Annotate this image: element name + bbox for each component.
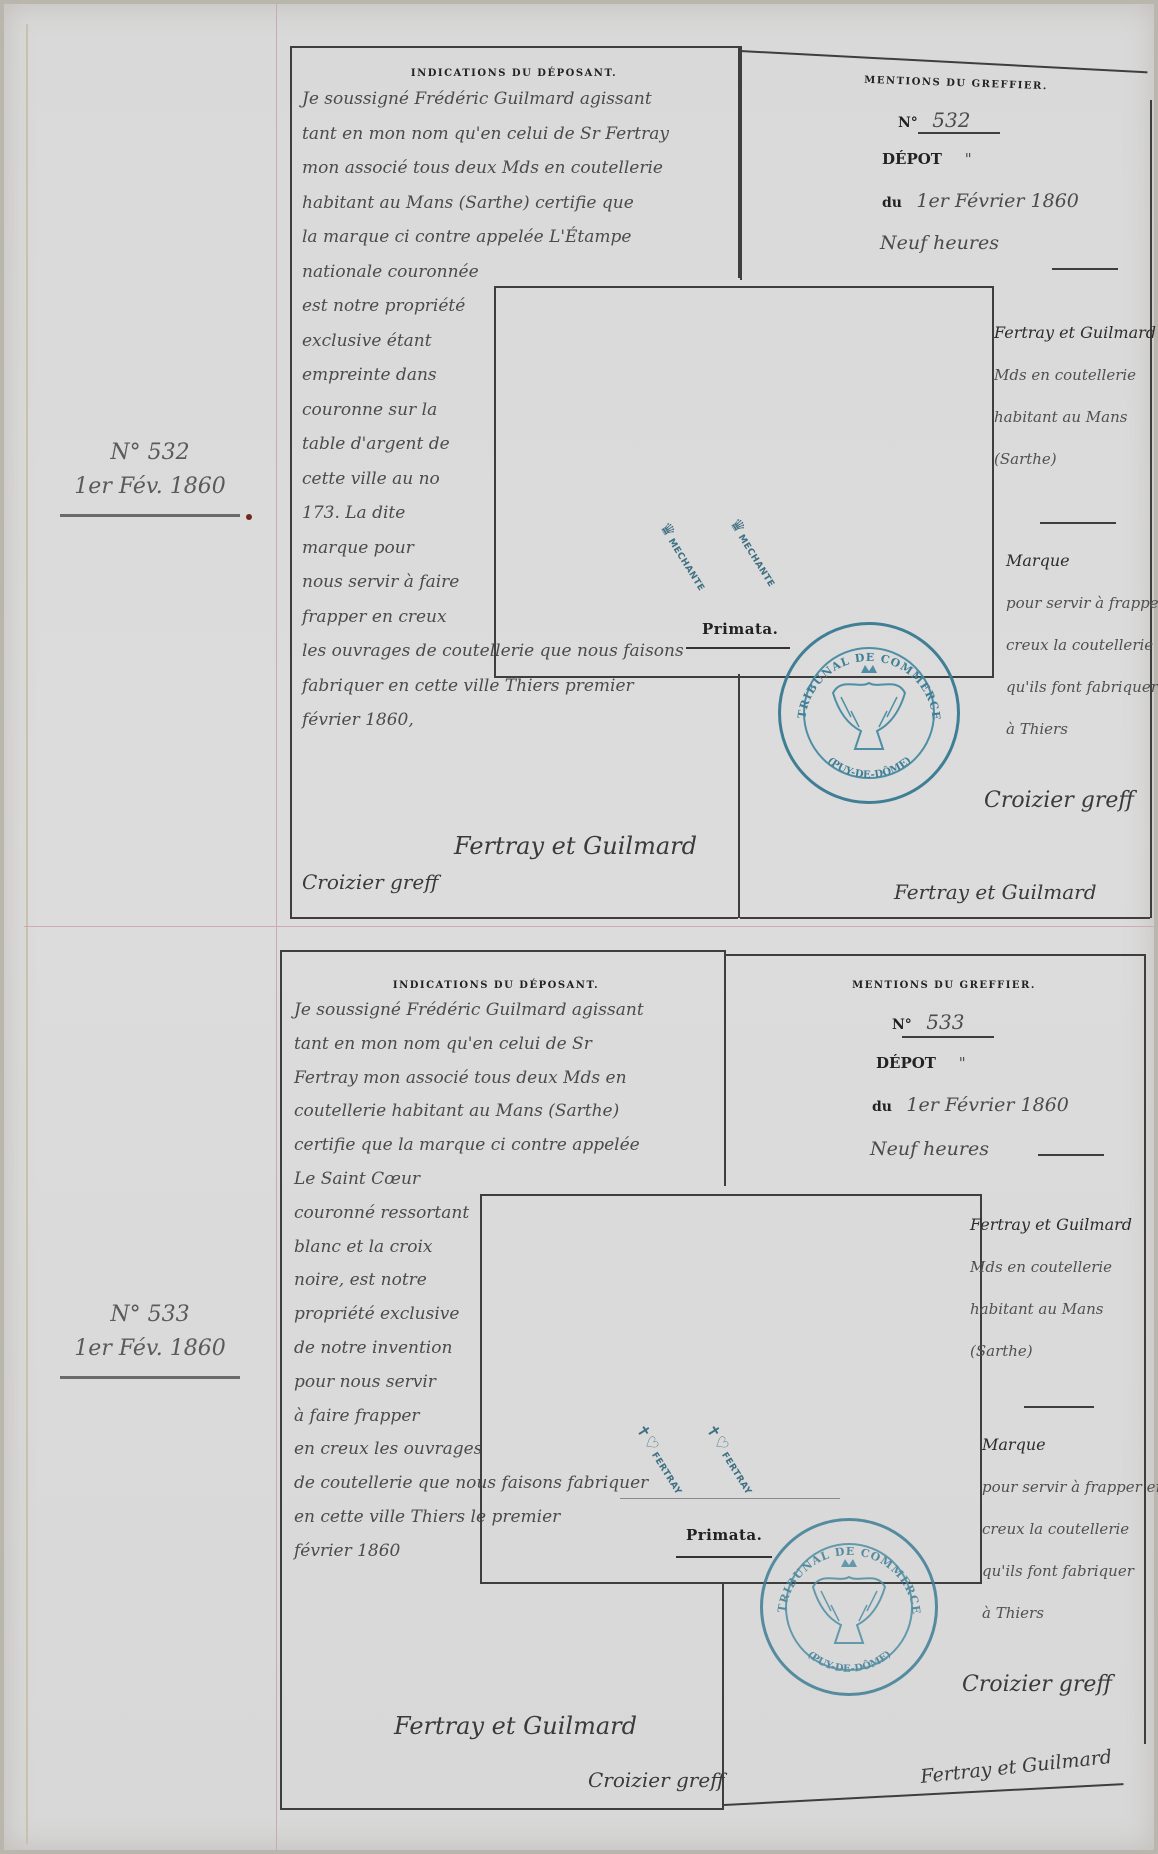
margin-note-record-1: N° 532 1er Fév. 1860: [60, 436, 240, 517]
number-underline: [918, 132, 1000, 134]
margin-note-number: N° 533: [60, 1298, 240, 1332]
deposant-line: Fertray mon associé tous deux Mds en: [294, 1062, 724, 1096]
mark-baseline: [620, 1498, 840, 1499]
time-underline: [1052, 268, 1118, 270]
marque-line: pour servir à frapper en: [982, 1466, 1158, 1508]
greffier-header: MENTIONS DU GREFFIER.: [844, 980, 1044, 991]
deposit-date: 1er Février 1860: [906, 1094, 1068, 1116]
greffier-line: (Sarthe): [970, 1330, 1132, 1372]
greffier-frame-right: [1150, 100, 1152, 918]
date-row: du 1er Février 1860: [882, 190, 1079, 212]
deposant-line: tant en mon nom qu'en celui de Sr: [294, 1028, 724, 1062]
greffier-clerk-signature: Croizier greff: [984, 788, 1134, 813]
time-underline: [1038, 1154, 1104, 1156]
deposant-signature: Fertray et Guilmard: [454, 832, 697, 860]
marque-line: pour servir à frapper en: [1006, 582, 1158, 624]
deposit-date: 1er Février 1860: [916, 190, 1078, 212]
deposant-line: février 1860,: [302, 703, 732, 738]
number-label: N°: [898, 115, 918, 131]
depot-row: DÉPOT ": [876, 1054, 966, 1072]
margin-note-date: 1er Fév. 1860: [60, 470, 240, 504]
mark-caption: Primata.: [702, 620, 778, 638]
greffier-frame-top: [726, 954, 1146, 956]
column-divider-top: [724, 950, 726, 1186]
deposant-frame-left: [290, 46, 292, 918]
greffier-line: habitant au Mans: [970, 1288, 1132, 1330]
greffier-frame-bottom: [740, 917, 1150, 919]
marque-line: qu'ils font fabriquer: [1006, 666, 1158, 708]
depot-label: DÉPOT: [882, 150, 942, 168]
deposant-line: mon associé tous deux Mds en coutellerie: [302, 151, 732, 186]
marque-line: qu'ils font fabriquer: [982, 1550, 1158, 1592]
date-label: du: [872, 1099, 892, 1115]
deposant-line: nationale couronnée: [302, 255, 732, 290]
depot-mark: ": [959, 1054, 966, 1072]
deposit-number-row: N° 532: [898, 108, 970, 132]
imperial-eagle-icon: TRIBUNAL DE COMMERCE DE THIERS (PUY-DE-D…: [781, 625, 957, 801]
number-underline: [902, 1036, 994, 1038]
margin-note-record-2: N° 533 1er Fév. 1860: [60, 1298, 240, 1379]
greffier-frame-top: [740, 50, 1148, 73]
deposit-number-row: N° 533: [892, 1010, 964, 1034]
register-page: N° 532 1er Fév. 1860 INDICATIONS DU DÉPO…: [4, 4, 1154, 1850]
depot-row: DÉPOT ": [882, 150, 972, 168]
depot-label: DÉPOT: [876, 1054, 936, 1072]
deposant-frame-left: [280, 950, 282, 1810]
clerk-signature: Croizier greff: [302, 870, 438, 894]
deposant-line: coutellerie habitant au Mans (Sarthe): [294, 1095, 724, 1129]
deposit-number: 533: [926, 1010, 964, 1034]
marque-title: Marque: [1006, 540, 1158, 582]
deposant-line: la marque ci contre appelée L'Étampe: [302, 220, 732, 255]
page-edge-rule: [26, 24, 28, 1844]
deposant-line: Le Saint Cœur: [294, 1163, 724, 1197]
time-row: Neuf heures: [880, 232, 999, 254]
greffier-divider: [1024, 1406, 1094, 1408]
margin-note-rule: [60, 514, 240, 517]
clerk-signature: Croizier greff: [588, 1768, 724, 1792]
greffier-line: Mds en coutellerie: [994, 354, 1156, 396]
svg-text:TRIBUNAL DE COMMERCE DE THIERS: TRIBUNAL DE COMMERCE DE THIERS: [781, 625, 943, 726]
deposant-line: Je soussigné Frédéric Guilmard agissant: [294, 994, 724, 1028]
deposit-time: Neuf heures: [870, 1138, 989, 1160]
greffier-parties-signature: Fertray et Guilmard: [919, 1746, 1113, 1788]
greffier-parties-signature: Fertray et Guilmard: [894, 880, 1097, 904]
svg-text:(PUY-DE-DÔME): (PUY-DE-DÔME): [805, 1649, 894, 1675]
deposant-header: INDICATIONS DU DÉPOSANT.: [366, 980, 626, 991]
greffier-line: Mds en coutellerie: [970, 1246, 1132, 1288]
marque-description-record-1: Marque pour servir à frapper en creux la…: [1006, 540, 1158, 750]
deposant-frame-top: [280, 950, 726, 952]
margin-note-rule: [60, 1376, 240, 1379]
greffier-divider: [1040, 522, 1116, 524]
margin-note-number: N° 532: [60, 436, 240, 470]
marque-line: à Thiers: [982, 1592, 1158, 1634]
deposit-time: Neuf heures: [880, 232, 999, 254]
number-label: N°: [892, 1017, 912, 1033]
time-row: Neuf heures: [870, 1138, 989, 1160]
imperial-eagle-icon: TRIBUNAL DE COMMERCE DE THIERS (PUY-DE-D…: [763, 1521, 935, 1693]
ink-spot: [246, 514, 252, 520]
mark-caption: Primata.: [686, 1526, 762, 1544]
date-label: du: [882, 195, 902, 211]
deposant-signature: Fertray et Guilmard: [394, 1712, 637, 1740]
greffier-line: (Sarthe): [994, 438, 1156, 480]
deposant-line: habitant au Mans (Sarthe) certifie que: [302, 186, 732, 221]
margin-note-date: 1er Fév. 1860: [60, 1332, 240, 1366]
caption-underline: [676, 1556, 772, 1558]
greffier-notes-record-1: Fertray et Guilmard Mds en coutellerie h…: [994, 312, 1156, 480]
parties-name: Fertray et Guilmard: [994, 312, 1156, 354]
tribunal-seal: TRIBUNAL DE COMMERCE DE THIERS (PUY-DE-D…: [760, 1518, 938, 1696]
greffier-line: habitant au Mans: [994, 396, 1156, 438]
greffier-notes-record-2: Fertray et Guilmard Mds en coutellerie h…: [970, 1204, 1132, 1372]
marque-title: Marque: [982, 1424, 1158, 1466]
deposant-line: certifie que la marque ci contre appelée: [294, 1129, 724, 1163]
column-divider-bottom: [738, 674, 740, 918]
deposit-number: 532: [932, 108, 970, 132]
greffier-header: MENTIONS DU GREFFIER.: [856, 75, 1056, 93]
margin-line: [276, 4, 277, 1850]
record-separator-line: [24, 926, 1154, 927]
deposant-frame-bottom: [290, 917, 738, 919]
caption-underline: [686, 647, 790, 649]
date-row: du 1er Février 1860: [872, 1094, 1069, 1116]
marque-line: creux la coutellerie: [1006, 624, 1158, 666]
greffier-clerk-signature: Croizier greff: [962, 1672, 1112, 1697]
deposant-line: tant en mon nom qu'en celui de Sr Fertra…: [302, 117, 732, 152]
marque-line: à Thiers: [1006, 708, 1158, 750]
depot-mark: ": [965, 150, 972, 168]
column-divider-top: [738, 46, 740, 278]
deposant-line: Je soussigné Frédéric Guilmard agissant: [302, 82, 732, 117]
deposant-header: INDICATIONS DU DÉPOSANT.: [384, 68, 644, 79]
svg-text:TRIBUNAL DE COMMERCE DE THIERS: TRIBUNAL DE COMMERCE DE THIERS: [763, 1521, 923, 1620]
svg-text:(PUY-DE-DÔME): (PUY-DE-DÔME): [825, 755, 914, 781]
marque-description-record-2: Marque pour servir à frapper en creux la…: [982, 1424, 1158, 1634]
marque-line: creux la coutellerie: [982, 1508, 1158, 1550]
deposant-frame-bottom: [280, 1808, 724, 1810]
parties-name: Fertray et Guilmard: [970, 1204, 1132, 1246]
tribunal-seal: TRIBUNAL DE COMMERCE DE THIERS (PUY-DE-D…: [778, 622, 960, 804]
